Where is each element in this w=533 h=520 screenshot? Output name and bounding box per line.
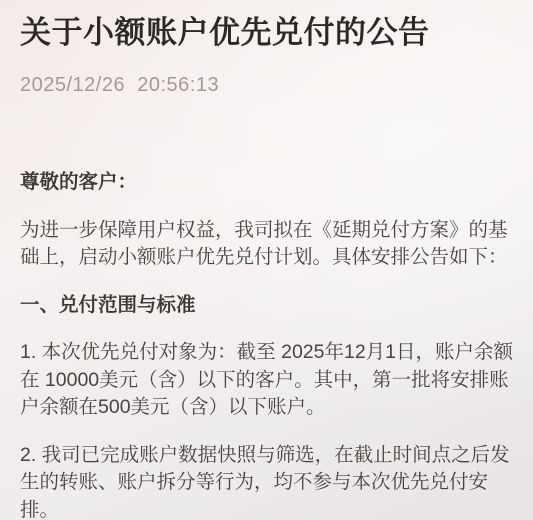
section-item-2: 2. 我司已完成账户数据快照与筛选，在截止时间点之后发 生的转账、账户拆分等行为… — [20, 442, 513, 520]
greeting-line: 尊敬的客户： — [20, 169, 513, 197]
section-item-1: 1. 本次优先兑付对象为：截至 2025年12月1日，账户余额 在 10000美… — [20, 339, 513, 422]
announcement-page: 关于小额账户优先兑付的公告 2025/12/26 20:56:13 尊敬的客户：… — [0, 0, 533, 520]
intro-paragraph: 为进一步保障用户权益，我司拟在《延期兑付方案》的基 础上，启动小额账户优先兑付计… — [20, 217, 513, 272]
announcement-body: 尊敬的客户： 为进一步保障用户权益，我司拟在《延期兑付方案》的基 础上，启动小额… — [20, 169, 513, 520]
section-heading-scope: 一、兑付范围与标准 — [20, 292, 513, 320]
announcement-timestamp: 2025/12/26 20:56:13 — [20, 73, 513, 97]
page-title: 关于小额账户优先兑付的公告 — [20, 14, 513, 51]
